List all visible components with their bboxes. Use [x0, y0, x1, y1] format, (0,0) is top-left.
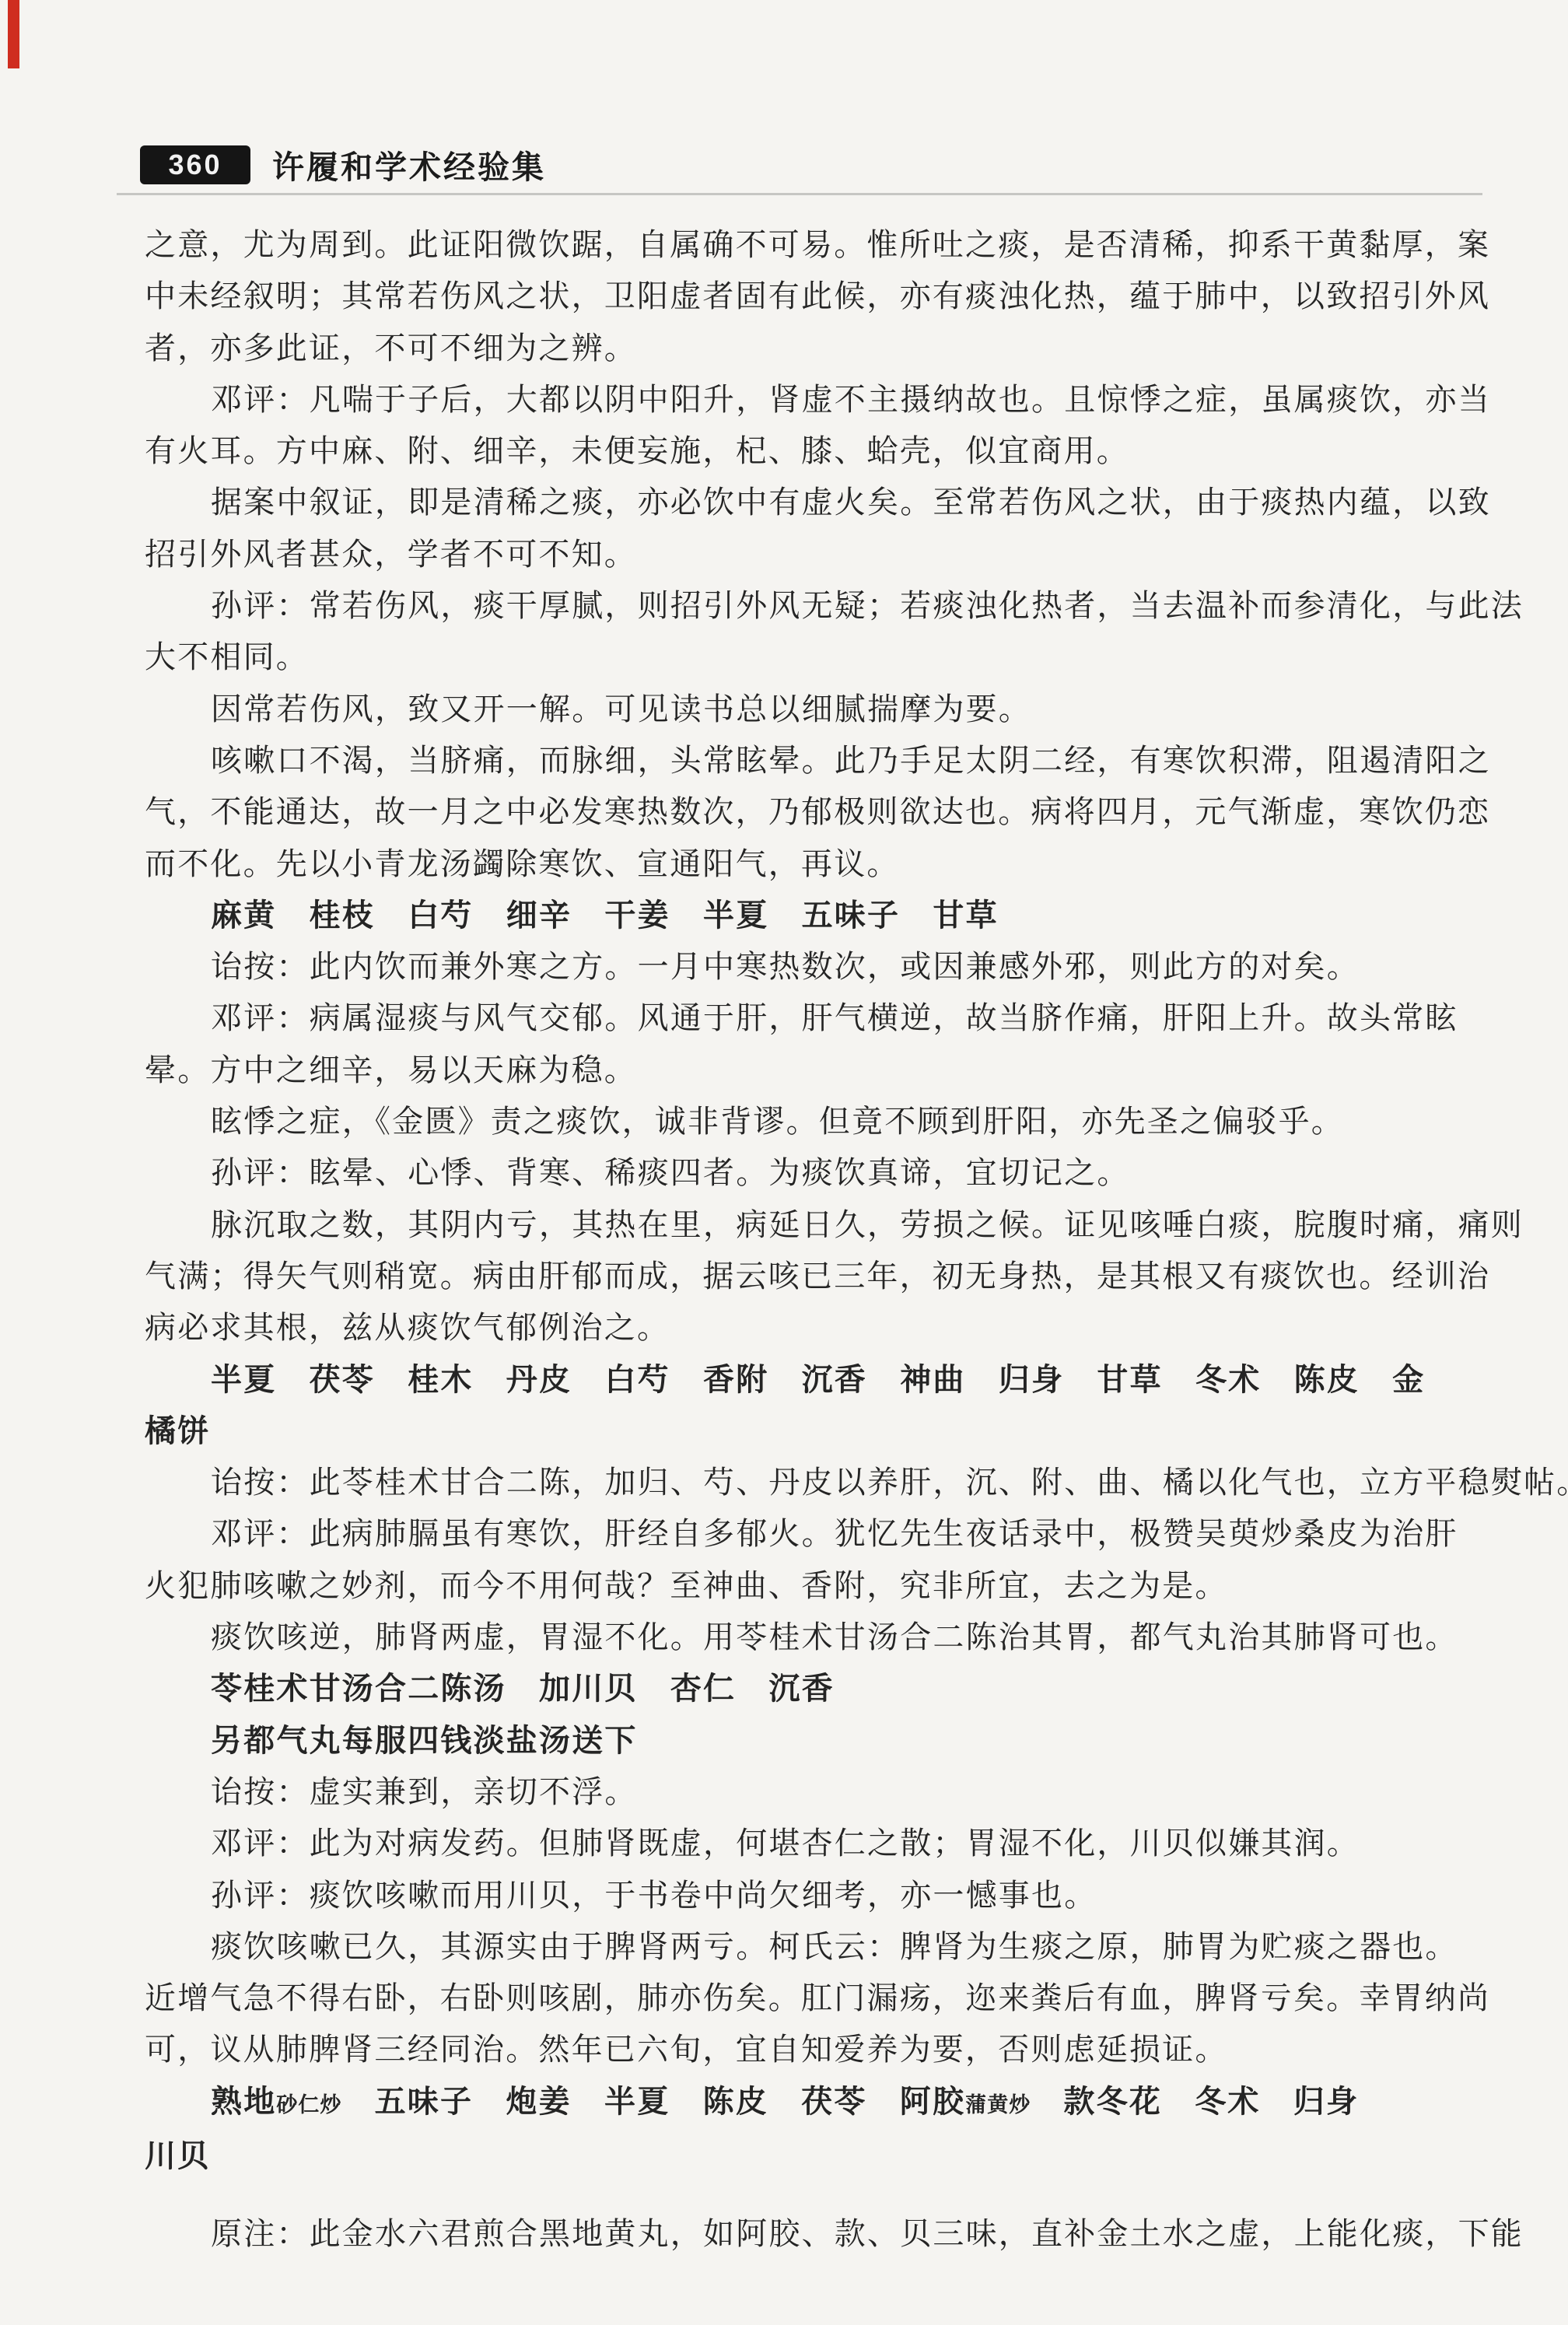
comment-line: 邓评：凡喘于子后，大都以阴中阳升，肾虚不主摄纳故也。且惊悸之症，虽属痰饮，亦当	[145, 374, 1500, 425]
comment-line: 招引外风者甚众，学者不可不知。	[145, 529, 1500, 580]
page-header: 360 许履和学术经验集	[140, 142, 546, 187]
herb-names: 五味子 炮姜 半夏 陈皮 茯苓 阿胶	[341, 2084, 965, 2119]
case-line: 气满；得矢气则稍宽。病由肝郁而成，据云咳已三年，初无身热，是其根又有痰饮也。经训…	[145, 1251, 1500, 1302]
formula-line: 苓桂术甘汤合二陈汤 加川贝 杏仁 沉香	[145, 1663, 1500, 1714]
formula-line: 川贝	[145, 2131, 1500, 2182]
formula-line: 橘饼	[145, 1406, 1500, 1457]
case-line: 脉沉取之数，其阴内亏，其热在里，病延日久，劳损之候。证见咳唾白痰，脘腹时痛，痛则	[145, 1199, 1500, 1251]
comment-line: 孙评：痰饮咳嗽而用川贝，于书卷中尚欠细考，亦一憾事也。	[145, 1870, 1500, 1921]
case-line: 可，议从肺脾肾三经同治。然年已六旬，宜自知爱养为要，否则虑延损证。	[145, 2024, 1500, 2075]
case-line: 痰饮咳嗽已久，其源实由于脾肾两亏。柯氏云：脾肾为生痰之原，肺胃为贮痰之器也。	[145, 1921, 1500, 1973]
comment-line: 诒按：此内饮而兼外寒之方。一月中寒热数次，或因兼感外邪，则此方的对矣。	[145, 941, 1500, 993]
formula-line: 熟地砂仁炒 五味子 炮姜 半夏 陈皮 茯苓 阿胶蒲黄炒 款冬花 冬术 归身	[145, 2076, 1500, 2131]
comment-line: 原注：此金水六君煎合黑地黄丸，如阿胶、款、贝三味，直补金土水之虚，上能化痰，下能	[145, 2208, 1500, 2260]
herb-preparation-note: 蒲黄炒	[965, 2093, 1031, 2117]
herb-names: 款冬花 冬术 归身	[1031, 2084, 1359, 2119]
comment-line: 邓评：此病肺膈虽有寒饮，肝经自多郁火。犹忆先生夜话录中，极赞吴萸炒桑皮为治肝	[145, 1508, 1500, 1560]
book-title: 许履和学术经验集	[272, 142, 546, 187]
case-line: 咳嗽口不渴，当脐痛，而脉细，头常眩晕。此乃手足太阴二经，有寒饮积滞，阻遏清阳之	[145, 735, 1500, 786]
text-line: 者，亦多此证，不可不细为之辨。	[145, 323, 1500, 374]
comment-line: 诒按：此苓桂术甘合二陈，加归、芍、丹皮以养肝，沉、附、曲、橘以化气也，立方平稳熨…	[145, 1457, 1500, 1508]
comment-line: 邓评：此为对病发药。但肺肾既虚，何堪杏仁之散；胃湿不化，川贝似嫌其润。	[145, 1818, 1500, 1869]
comment-line: 邓评：病属湿痰与风气交郁。风通于肝，肝气横逆，故当脐作痛，肝阳上升。故头常眩	[145, 993, 1500, 1044]
comment-line: 孙评：眩晕、心悸、背寒、稀痰四者。为痰饮真谛，宜切记之。	[145, 1147, 1500, 1199]
comment-line: 火犯肺咳嗽之妙剂，而今不用何哉？至神曲、香附，究非所宜，去之为是。	[145, 1560, 1500, 1612]
comment-line: 孙评：常若伤风，痰干厚腻，则招引外风无疑；若痰浊化热者，当去温补而参清化，与此法	[145, 580, 1500, 632]
header-divider	[117, 193, 1482, 195]
case-line: 病必求其根，兹从痰饮气郁例治之。	[145, 1302, 1500, 1353]
comment-line: 据案中叙证，即是清稀之痰，亦必饮中有虚火矣。至常若伤风之状，由于痰热内蕴，以致	[145, 477, 1500, 528]
red-margin-mark	[8, 0, 19, 68]
page-body: 之意，尤为周到。此证阳微饮踞，自属确不可易。惟所吐之痰，是否清稀，抑系干黄黏厚，…	[145, 219, 1500, 2260]
formula-line: 半夏 茯苓 桂木 丹皮 白芍 香附 沉香 神曲 归身 甘草 冬术 陈皮 金	[145, 1354, 1500, 1406]
comment-line: 眩悸之症，《金匮》责之痰饮，诚非背谬。但竟不顾到肝阳，亦先圣之偏驳乎。	[145, 1096, 1500, 1147]
formula-line: 另都气丸每服四钱淡盐汤送下	[145, 1715, 1500, 1767]
text-line: 之意，尤为周到。此证阳微饮踞，自属确不可易。惟所吐之痰，是否清稀，抑系干黄黏厚，…	[145, 219, 1500, 271]
comment-line: 晕。方中之细辛，易以天麻为稳。	[145, 1045, 1500, 1096]
case-line: 而不化。先以小青龙汤蠲除寒饮、宣通阳气，再议。	[145, 839, 1500, 890]
herb-name: 熟地	[211, 2084, 276, 2119]
comment-line: 大不相同。	[145, 632, 1500, 683]
case-line: 近增气急不得右卧，右卧则咳剧，肺亦伤矣。肛门漏疡，迩来粪后有血，脾肾亏矣。幸胃纳…	[145, 1973, 1500, 2024]
herb-preparation-note: 砂仁炒	[276, 2093, 341, 2117]
formula-line: 麻黄 桂枝 白芍 细辛 干姜 半夏 五味子 甘草	[145, 890, 1500, 941]
comment-line: 有火耳。方中麻、附、细辛，未便妄施，杞、膝、蛤壳，似宜商用。	[145, 425, 1500, 477]
comment-line: 因常若伤风，致又开一解。可见读书总以细腻揣摩为要。	[145, 684, 1500, 735]
case-line: 气，不能通达，故一月之中必发寒热数次，乃郁极则欲达也。病将四月，元气渐虚，寒饮仍…	[145, 786, 1500, 838]
text-line: 中未经叙明；其常若伤风之状，卫阳虚者固有此候，亦有痰浊化热，蕴于肺中，以致招引外…	[145, 271, 1500, 322]
comment-line: 诒按：虚实兼到，亲切不浮。	[145, 1767, 1500, 1818]
case-line: 痰饮咳逆，肺肾两虚，胃湿不化。用苓桂术甘汤合二陈治其胃，都气丸治其肺肾可也。	[145, 1612, 1500, 1663]
page-number-badge: 360	[140, 145, 250, 184]
